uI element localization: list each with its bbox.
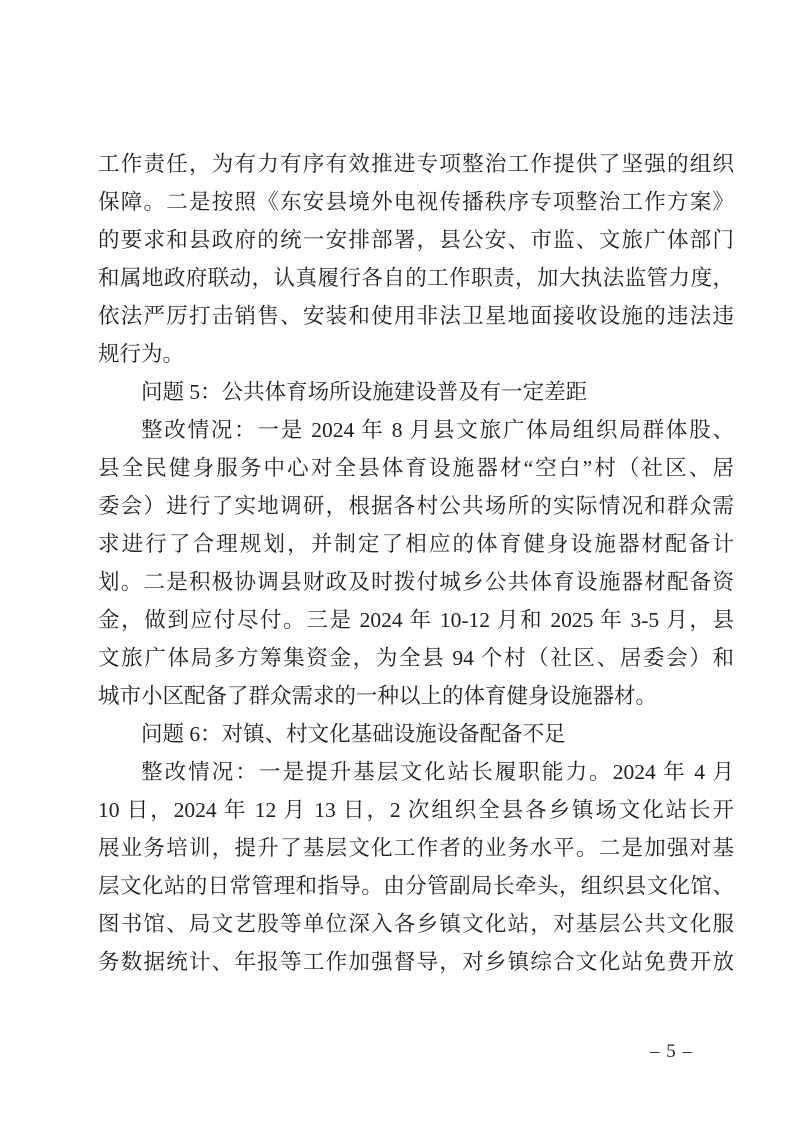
body-line: 工作责任，为有力有序有效推进专项整治工作提供了坚强的组织 xyxy=(98,145,734,183)
paragraph-end-line: 规行为。 xyxy=(98,335,734,373)
document-page: { "page": { "background": "#ffffff", "te… xyxy=(0,0,793,1122)
body-line: 委会）进行了实地调研，根据各村公共场所的实际情况和群众需 xyxy=(98,487,734,525)
problem-5-heading: 问题 5：公共体育场所设施建设普及有一定差距 xyxy=(98,373,734,411)
body-line: 划。二是积极协调县财政及时拨付城乡公共体育设施器材配备资 xyxy=(98,563,734,601)
body-line: 整改情况：一是提升基层文化站长履职能力。2024 年 4 月 xyxy=(98,753,734,791)
body-line: 层文化站的日常管理和指导。由分管副局长牵头，组织县文化馆、 xyxy=(98,867,734,905)
body-line: 依法严厉打击销售、安装和使用非法卫星地面接收设施的违法违 xyxy=(98,297,734,335)
body-line: 保障。二是按照《东安县境外电视传播秩序专项整治工作方案》 xyxy=(98,183,734,221)
body-line: 展业务培训，提升了基层文化工作者的业务水平。二是加强对基 xyxy=(98,829,734,867)
body-line: 的要求和县政府的统一安排部署，县公安、市监、文旅广体部门 xyxy=(98,221,734,259)
body-line: 金，做到应付尽付。三是 2024 年 10-12 月和 2025 年 3-5 月… xyxy=(98,601,734,639)
page-number: – 5 – xyxy=(650,1040,693,1064)
body-line: 10 日，2024 年 12 月 13 日，2 次组织全县各乡镇场文化站长开 xyxy=(98,791,734,829)
body-line: 求进行了合理规划，并制定了相应的体育健身设施器材配备计 xyxy=(98,525,734,563)
paragraph-end-line: 城市小区配备了群众需求的一种以上的体育健身设施器材。 xyxy=(98,677,734,715)
document-body: 工作责任，为有力有序有效推进专项整治工作提供了坚强的组织 保障。二是按照《东安县… xyxy=(98,145,734,981)
body-line: 整改情况：一是 2024 年 8 月县文旅广体局组织局群体股、 xyxy=(98,411,734,449)
problem-6-heading: 问题 6：对镇、村文化基础设施设备配备不足 xyxy=(98,715,734,753)
body-line: 务数据统计、年报等工作加强督导，对乡镇综合文化站免费开放 xyxy=(98,943,734,981)
body-line: 文旅广体局多方筹集资金，为全县 94 个村（社区、居委会）和 xyxy=(98,639,734,677)
body-line: 县全民健身服务中心对全县体育设施器材“空白”村（社区、居 xyxy=(98,449,734,487)
body-line: 和属地政府联动，认真履行各自的工作职责，加大执法监管力度， xyxy=(98,259,734,297)
body-line: 图书馆、局文艺股等单位深入各乡镇文化站，对基层公共文化服 xyxy=(98,905,734,943)
